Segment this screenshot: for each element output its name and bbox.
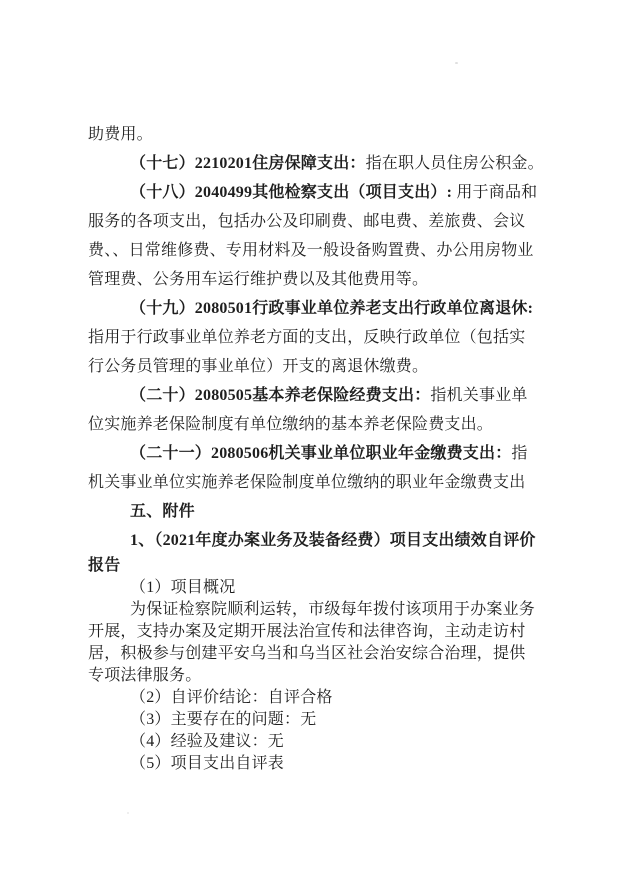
scan-artifact-speck (455, 62, 458, 64)
text-line: 报告 (88, 555, 538, 577)
attachment-self-evaluation-section: 报告（1）项目概况为保证检察院顺利运转，市级每年拨付该项用于办案业务开展，支持办… (88, 555, 538, 775)
bold-text-segment: 1、（2021年度办案业务及装备经费）项目支出绩效自评价 (130, 532, 536, 549)
text-line: （4）经验及建议：无 (88, 731, 538, 753)
body-text-segment: 居，积极参与创建平安乌当和乌当区社会治安综合治理，提供 (88, 645, 525, 662)
body-text-segment: 专项法律服务。 (88, 667, 201, 684)
body-text-segment: 为保证检察院顺利运转，市级每年拨付该项用于办案业务 (130, 601, 535, 618)
text-line: （二十一）2080506机关事业单位职业年金缴费支出：指 (88, 439, 538, 468)
text-line: 开展，支持办案及定期开展法治宣传和法律咨询，主动走访村 (88, 621, 538, 643)
body-text-segment: （4）经验及建议：无 (130, 733, 284, 750)
body-text-segment: （5）项目支出自评表 (130, 755, 284, 772)
text-line: （十七）2210201住房保障支出：指在职人员住房公积金。 (88, 149, 538, 178)
body-text-segment: 指用于行政事业单位养老方面的支出，反映行政单位（包括实 (88, 329, 525, 346)
text-line: 专项法律服务。 (88, 665, 538, 687)
bold-text-segment: （二十）2080505基本养老保险经费支出： (130, 387, 430, 404)
text-line: （2）自评价结论：自评合格 (88, 687, 538, 709)
text-line: 五、附件 (88, 497, 538, 526)
text-line: 为保证检察院顺利运转，市级每年拨付该项用于办案业务 (88, 599, 538, 621)
body-text-segment: 行公务员管理的事业单位）开支的离退休缴费。 (88, 358, 428, 375)
body-text-segment: 指机关事业单 (430, 387, 527, 404)
bold-text-segment: （二十一）2080506机关事业单位职业年金缴费支出： (130, 445, 511, 462)
budget-items-section: 助费用。（十七）2210201住房保障支出：指在职人员住房公积金。（十八）204… (88, 120, 538, 555)
body-text-segment: 用于商品和 (452, 184, 537, 201)
body-text-segment: 指在职人员住房公积金。 (366, 155, 544, 172)
bold-text-segment: 五、附件 (130, 503, 195, 520)
scanned-document-page: 助费用。（十七）2210201住房保障支出：指在职人员住房公积金。（十八）204… (0, 0, 620, 877)
text-line: 行公务员管理的事业单位）开支的离退休缴费。 (88, 352, 538, 381)
text-line: （十九）2080501行政事业单位养老支出行政单位离退休: (88, 294, 538, 323)
text-line: 位实施养老保险制度有单位缴纳的基本养老保险费支出。 (88, 410, 538, 439)
text-line: 指用于行政事业单位养老方面的支出，反映行政单位（包括实 (88, 323, 538, 352)
body-text-segment: （2）自评价结论：自评合格 (130, 689, 333, 706)
body-text-segment: （1）项目概况 (130, 579, 235, 596)
body-text-segment: 指 (511, 445, 527, 462)
text-line: （5）项目支出自评表 (88, 753, 538, 775)
text-line: 服务的各项支出，包括办公及印刷费、邮电费、差旅费、会议 (88, 207, 538, 236)
body-text-segment: 机关事业单位实施养老保险制度单位缴纳的职业年金缴费支出 (88, 474, 525, 491)
bold-text-segment: （十七）2210201住房保障支出： (130, 155, 366, 172)
body-text-segment: 服务的各项支出，包括办公及印刷费、邮电费、差旅费、会议 (88, 213, 525, 230)
body-text-segment: 管理费、公务用车运行维护费以及其他费用等。 (88, 271, 428, 288)
text-line: 助费用。 (88, 120, 538, 149)
body-text-segment: 开展，支持办案及定期开展法治宣传和法律咨询，主动走访村 (88, 623, 525, 640)
text-line: （二十）2080505基本养老保险经费支出：指机关事业单 (88, 381, 538, 410)
text-line: 费、、日常维修费、专用材料及一般设备购置费、办公用房物业 (88, 236, 538, 265)
scan-artifact-speck (127, 812, 129, 814)
text-line: （十八）2040499其他检察支出（项目支出）: 用于商品和 (88, 178, 538, 207)
body-text-segment: 助费用。 (88, 126, 153, 143)
text-line: 居，积极参与创建平安乌当和乌当区社会治安综合治理，提供 (88, 643, 538, 665)
bold-text-segment: （十九）2080501行政事业单位养老支出行政单位离退休: (130, 300, 533, 317)
body-text-segment: 费、、日常维修费、专用材料及一般设备购置费、办公用房物业 (88, 242, 534, 259)
text-line: 机关事业单位实施养老保险制度单位缴纳的职业年金缴费支出 (88, 468, 538, 497)
body-text-segment: 位实施养老保险制度有单位缴纳的基本养老保险费支出。 (88, 416, 493, 433)
bold-text-segment: （十八）2040499其他检察支出（项目支出）: (130, 184, 452, 201)
bold-text-segment: 报告 (88, 557, 120, 574)
text-line: 管理费、公务用车运行维护费以及其他费用等。 (88, 265, 538, 294)
text-line: 1、（2021年度办案业务及装备经费）项目支出绩效自评价 (88, 526, 538, 555)
body-text-segment: （3）主要存在的问题：无 (130, 711, 316, 728)
text-line: （3）主要存在的问题：无 (88, 709, 538, 731)
text-line: （1）项目概况 (88, 577, 538, 599)
